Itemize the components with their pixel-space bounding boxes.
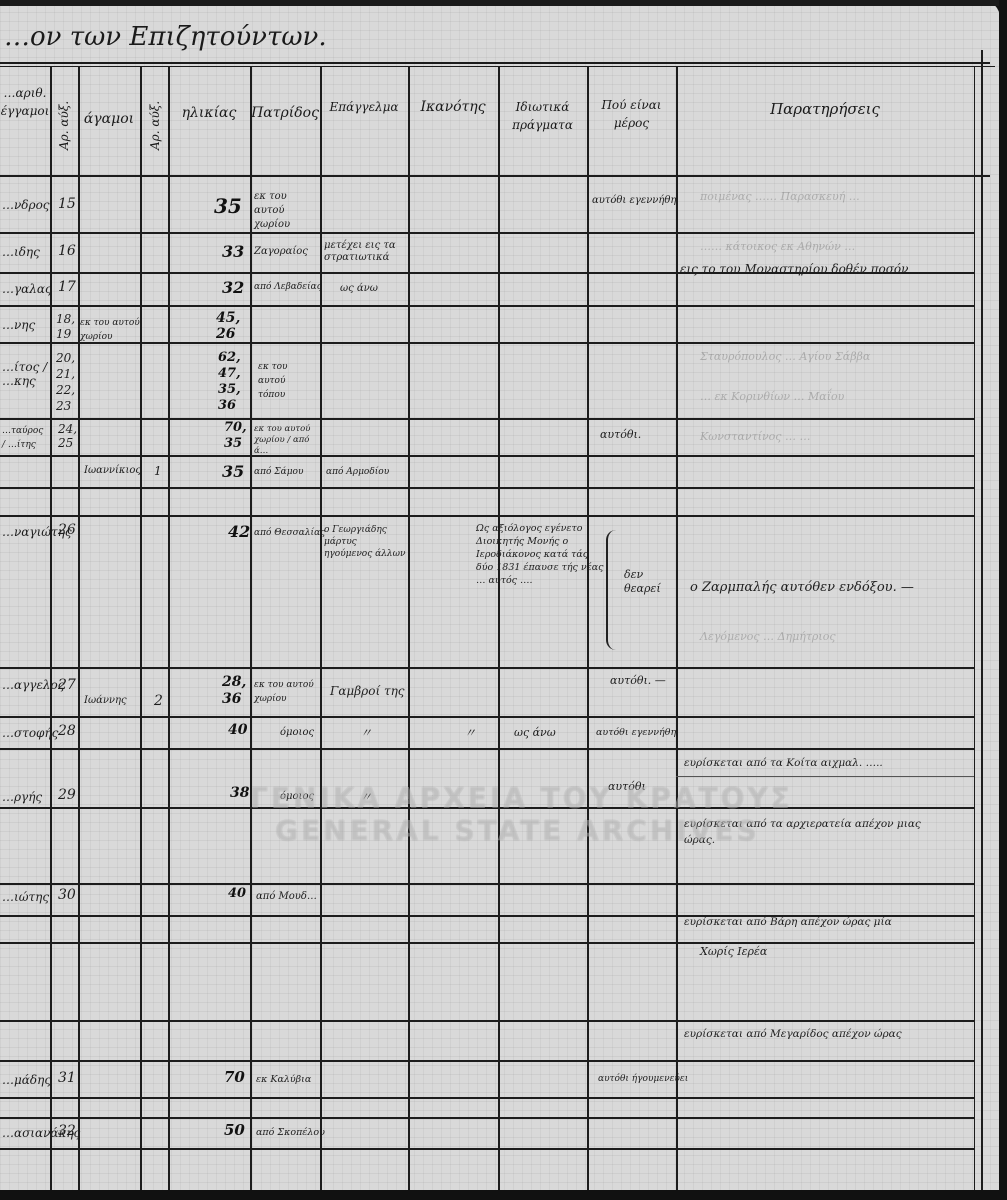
cell-aa: 16 [58, 244, 76, 258]
cell-property: Ως αξιόλογος εγένετο Διοικητής Μονής ο Ι… [476, 522, 604, 587]
cell-ability: 〃 [464, 726, 476, 740]
cell-age: 70, 35 [224, 420, 250, 452]
header-bottom-rule [0, 175, 990, 177]
cell-where: αυτόθι εγεννήθη [596, 726, 676, 740]
cell-remarks: Χωρίς Ιερέα [700, 945, 767, 958]
cell-homeland: όμοιος [280, 726, 314, 740]
archive-watermark: ΓΕΝΙΚΑ ΑΡΧΕΙΑ ΤΟΥ ΚΡΑΤΟΥΣ [250, 782, 793, 815]
row-rule [0, 487, 975, 489]
cell-remarks: ευρίσκεται από Μεγαρίδος απέχον ώρας [684, 1028, 902, 1040]
cell-property: ως άνω [514, 726, 556, 740]
cell-aa: 27 [58, 678, 76, 692]
row-rule [0, 455, 975, 457]
cell-remarks: ευρίσκεται από τα Κοίτα αιχμαλ. ….. [684, 757, 883, 769]
row-rule [0, 1020, 975, 1022]
scan-edge-top [0, 0, 1007, 6]
cell-occupation: ο Γεωργιάδης μάρτυς ηγούμενος άλλων [324, 524, 406, 560]
header-unmarried: άγαμοι [78, 110, 140, 128]
brace-mark [606, 530, 620, 650]
cell-occupation: 〃 [360, 726, 372, 740]
row-rule [0, 716, 975, 718]
row-rule [0, 305, 975, 307]
header-name: …αριθ. έγγαμοι [0, 84, 50, 120]
cell-where: αυτόθι. — [610, 674, 666, 688]
row-rule [0, 515, 975, 517]
cell-aa: 31 [58, 1071, 76, 1085]
row-rule [0, 942, 975, 944]
cell-homeland: εκ του αυτού χωρίου [254, 678, 318, 706]
cell-homeland: από Μουδ… [256, 890, 317, 904]
col-divider [320, 66, 322, 1192]
header-children: Αρ. αύξ. [146, 80, 164, 170]
cell-name: …νης [2, 318, 35, 332]
cell-age: 28, 36 [222, 674, 250, 708]
col-divider [587, 66, 589, 1192]
cell-aa: 24, 25 [58, 422, 76, 450]
cell-homeland: εκ Καλύβια [256, 1073, 311, 1087]
cell-age: 38 [230, 785, 249, 801]
col-divider [50, 66, 52, 1192]
cell-homeland: Ζαγοραίος [254, 245, 308, 259]
cell-children: 2 [154, 694, 163, 708]
cell-homeland: εκ του αυτού χωρίου [254, 190, 318, 232]
ledger-page: …ον των Επιζητούντων. …αριθ. έγγαμοι Αρ.… [0, 0, 1000, 1192]
cell-aa: 29 [58, 788, 76, 802]
col-divider [168, 66, 170, 1192]
cell-homeland: από Λεβαδείας [254, 280, 322, 294]
cell-age: 33 [222, 242, 244, 261]
cell-aa: 28 [58, 724, 76, 738]
cell-name: …ίτος / …κης [2, 360, 48, 388]
cell-name: …στοφής [2, 726, 58, 740]
cell-name: …αγγελος [2, 678, 64, 692]
scan-edge-right [999, 0, 1007, 1200]
cell-unmarried: εκ του αυτού χωρίου [80, 316, 140, 344]
cell-remarks: ευρίσκεται από Βάρη απέχον ώρας μία [684, 916, 892, 928]
cell-name: …νδρος [2, 198, 50, 212]
header-top-rule [0, 62, 990, 64]
row-rule [0, 883, 975, 885]
scan-edge-bottom [0, 1190, 1007, 1200]
cell-remarks: εις το του Μοναστηρίου δοθέν ποσόν [680, 262, 908, 276]
row-rule [0, 232, 975, 234]
cell-occupation: από Αρμοδίου [326, 465, 389, 479]
col-divider [498, 66, 500, 1192]
col-divider [974, 66, 975, 1192]
row-rule [0, 1148, 975, 1150]
cell-occupation: μετέχει εις τα στρατιωτικά [324, 240, 408, 264]
row-rule [0, 418, 975, 420]
cell-children: 1 [154, 464, 162, 478]
col-divider [676, 66, 678, 1192]
cell-unmarried: Ιωάννης [84, 694, 127, 708]
cell-aa: 26 [58, 523, 76, 537]
cell-homeland: από Θεσσαλίας [254, 526, 325, 540]
row-rule [0, 667, 975, 669]
cell-age: 40 [228, 886, 246, 901]
col-divider [408, 66, 410, 1192]
cell-aa: 18, 19 [56, 312, 76, 342]
archive-watermark-en: GENERAL STATE ARCHIVES [275, 814, 760, 847]
cell-homeland: από Σκοπέλου [256, 1126, 325, 1140]
cell-age: 42 [228, 522, 250, 541]
row-rule [0, 1097, 975, 1099]
cell-homeland: εκ του αυτού τόπου [258, 360, 308, 402]
cell-age: 40 [228, 722, 247, 738]
cell-remarks: ο Ζαρμπαλής αυτόθεν ενδόξου. — [690, 580, 914, 595]
cell-where: δεν θεαρεί [624, 568, 664, 596]
cell-age: 32 [222, 278, 244, 297]
row-rule [0, 748, 975, 750]
cell-occupation: ως άνω [340, 282, 378, 296]
cell-homeland: εκ του αυτού χωρίου / από ά… [254, 424, 322, 457]
cell-name: …ταύρος / …ίτης [2, 424, 48, 452]
header-homeland: Πατρίδος [250, 104, 320, 122]
row-rule [0, 342, 975, 344]
cell-age: 45, 26 [216, 310, 246, 342]
cell-age: 35 [222, 462, 244, 481]
cell-age: 35 [214, 194, 242, 218]
cell-where: αυτόθι ήγουμενεύει [598, 1072, 688, 1086]
page-title: …ον των Επιζητούντων. [4, 22, 327, 52]
header-ability: Ικανότης [408, 98, 498, 116]
col-divider [250, 66, 252, 1192]
cell-unmarried: Ιωαννίκιος [84, 464, 141, 478]
cell-name: …ιδης [2, 245, 40, 259]
col-divider [140, 66, 142, 1192]
header-aa: Αρ. αύξ. [55, 80, 73, 170]
cell-age: 50 [224, 1121, 245, 1139]
cell-name: …ιώτης [2, 890, 49, 904]
cell-where: αυτόθι εγεννήθη [592, 194, 676, 208]
header-property: Ιδιωτικά πράγματα [498, 98, 587, 134]
cell-homeland: από Σάμου [254, 465, 303, 479]
cell-aa: 30 [58, 888, 76, 902]
cell-where: αυτόθι. [600, 428, 641, 442]
page-right-rule [981, 50, 983, 1192]
header-age: ηλικίας [168, 104, 250, 122]
cell-aa: 32 [58, 1124, 76, 1138]
cell-name: …ργής [2, 790, 42, 804]
header-remarks: Παρατηρήσεις [676, 100, 974, 118]
row-rule [0, 1117, 975, 1119]
cell-aa: 15 [58, 197, 76, 211]
cell-aa: 20, 21, 22, 23 [56, 350, 76, 414]
cell-age: 62, 47, 35, 36 [218, 350, 248, 414]
row-rule [676, 776, 974, 777]
cell-name: …μάδης [2, 1073, 51, 1087]
col-divider [78, 66, 80, 1192]
cell-age: 70 [224, 1068, 245, 1086]
cell-occupation: Γαμβροί της [330, 684, 405, 698]
header-where: Πού είναι μέρος [587, 96, 676, 132]
row-rule [0, 1060, 975, 1062]
header-occupation: Επάγγελμα [320, 98, 408, 116]
cell-name: …γαλας [2, 282, 52, 296]
cell-aa: 17 [58, 280, 76, 294]
